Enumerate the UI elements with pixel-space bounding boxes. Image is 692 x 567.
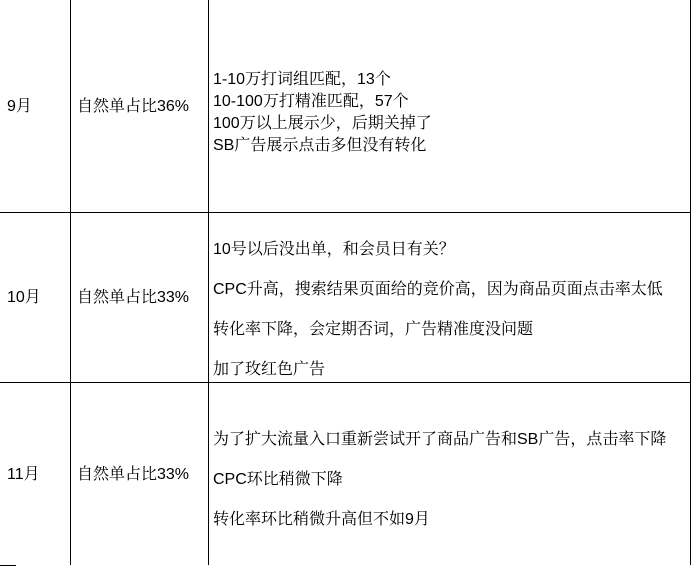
note-line: 10号以后没出单，和会员日有关？ [213, 239, 686, 260]
note-line: 转化率环比稍微升高但不如9月 [213, 509, 686, 530]
organic-share-cell[interactable]: 自然单占比36% [71, 0, 209, 212]
notes-cell[interactable]: 10号以后没出单，和会员日有关？ CPC升高，搜索结果页面给的竞价高，因为商品页… [209, 213, 691, 382]
note-line: 转化率下降，会定期否词，广告精准度没问题 [213, 319, 686, 340]
organic-share-label: 自然单占比33% [77, 287, 189, 308]
organic-share-label: 自然单占比33% [77, 464, 189, 485]
notes-cell[interactable]: 1-10万打词组匹配，13个 10-100万打精准匹配，57个 100万以上展示… [209, 0, 691, 212]
note-line: 10-100万打精准匹配，57个 [213, 91, 686, 113]
month-label: 11月 [7, 464, 40, 485]
note-line: 100万以上展示少，后期关掉了 [213, 113, 686, 135]
notes-cell[interactable]: 为了扩大流量入口重新尝试开了商品广告和SB广告，点击率下降 CPC环比稍微下降 … [209, 383, 691, 565]
note-line: 1-10万打词组匹配，13个 [213, 69, 686, 91]
organic-share-cell[interactable]: 自然单占比33% [71, 213, 209, 382]
table-row: 9月 自然单占比36% 1-10万打词组匹配，13个 10-100万打精准匹配，… [0, 0, 691, 213]
note-line: 加了玫红色广告 [213, 359, 686, 380]
table-row: 10月 自然单占比33% 10号以后没出单，和会员日有关？ CPC升高，搜索结果… [0, 213, 691, 383]
month-label: 10月 [7, 287, 41, 308]
month-cell[interactable]: 10月 [0, 213, 71, 382]
organic-share-label: 自然单占比36% [77, 96, 189, 117]
organic-share-cell[interactable]: 自然单占比33% [71, 383, 209, 565]
note-line: CPC环比稍微下降 [213, 469, 686, 490]
table-bottom-border-fragment [0, 565, 16, 566]
note-line: CPC升高，搜索结果页面给的竞价高，因为商品页面点击率太低 [213, 279, 686, 300]
month-cell[interactable]: 9月 [0, 0, 71, 212]
month-label: 9月 [7, 96, 32, 117]
document-table-view: 9月 自然单占比36% 1-10万打词组匹配，13个 10-100万打精准匹配，… [0, 0, 692, 567]
table-row: 11月 自然单占比33% 为了扩大流量入口重新尝试开了商品广告和SB广告，点击率… [0, 383, 691, 565]
monthly-ad-performance-table: 9月 自然单占比36% 1-10万打词组匹配，13个 10-100万打精准匹配，… [0, 0, 691, 565]
note-line: SB广告展示点击多但没有转化 [213, 135, 686, 157]
month-cell[interactable]: 11月 [0, 383, 71, 565]
note-line: 为了扩大流量入口重新尝试开了商品广告和SB广告，点击率下降 [213, 429, 686, 450]
